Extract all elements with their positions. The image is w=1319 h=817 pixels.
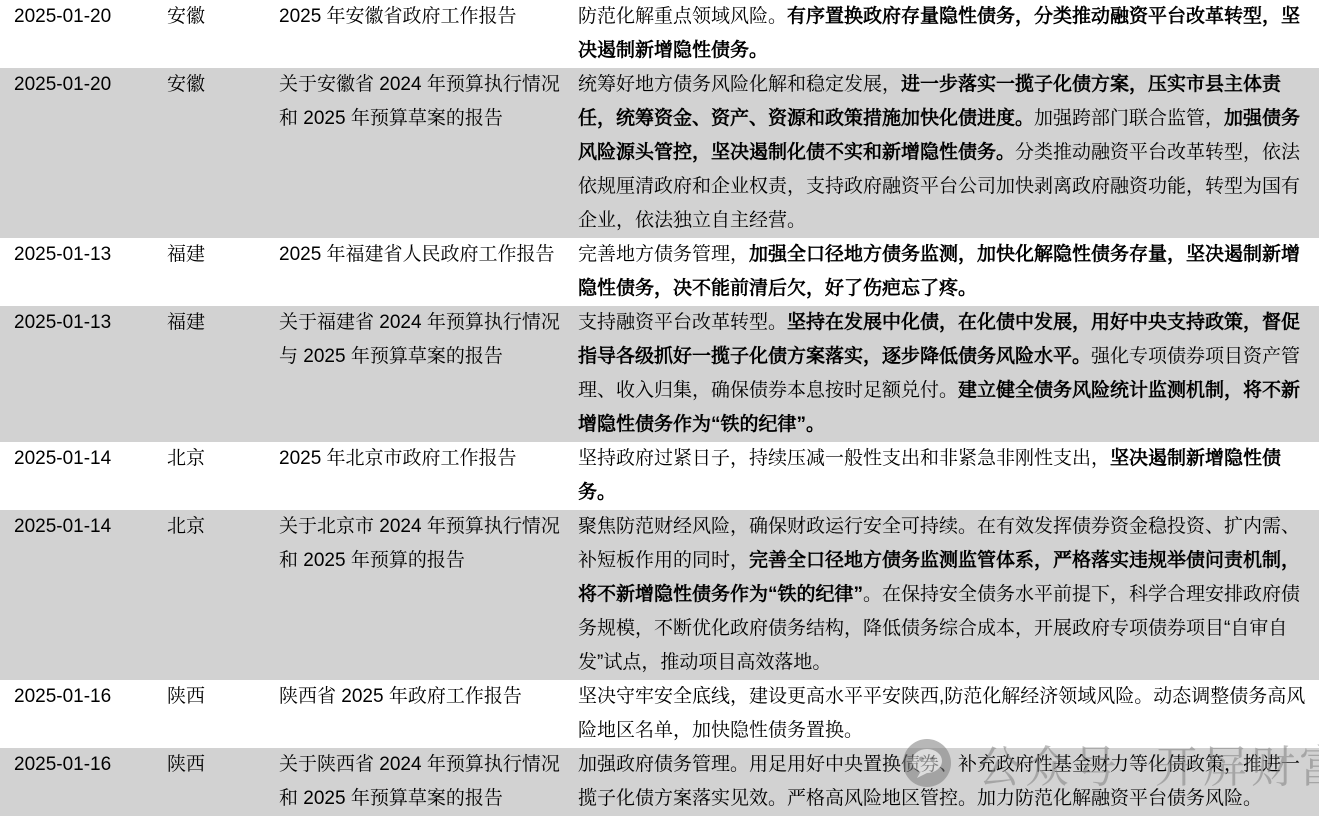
table-row: 2025-01-16陕西陕西省 2025 年政府工作报告坚决守牢安全底线，建设更… — [0, 680, 1319, 748]
content-cell: 坚决守牢安全底线，建设更高水平平安陕西,防范化解经济领域风险。动态调整债务高风险… — [578, 680, 1319, 748]
report-title-cell: 2025 年北京市政府工作报告 — [279, 442, 578, 476]
region-cell: 安徽 — [167, 68, 279, 102]
table-row: 2025-01-20安徽关于安徽省 2024 年预算执行情况和 2025 年预算… — [0, 68, 1319, 238]
content-segment: 防范化解重点领域风险。 — [578, 6, 787, 27]
region-cell: 北京 — [167, 510, 279, 544]
content-cell: 完善地方债务管理，加强全口径地方债务监测，加快化解隐性债务存量，坚决遏制新增隐性… — [578, 238, 1319, 306]
region-cell: 陕西 — [167, 680, 279, 714]
content-segment: 加强跨部门联合监管， — [1034, 108, 1224, 129]
date-cell: 2025-01-20 — [0, 68, 167, 102]
content-cell: 支持融资平台改革转型。坚持在发展中化债，在化债中发展，用好中央支持政策，督促指导… — [578, 306, 1319, 442]
content-cell: 统筹好地方债务风险化解和稳定发展，进一步落实一揽子化债方案，压实市县主体责任，统… — [578, 68, 1319, 238]
table-row: 2025-01-16陕西关于陕西省 2024 年预算执行情况和 2025 年预算… — [0, 748, 1319, 816]
content-segment: 坚决守牢安全底线，建设更高水平平安陕西,防范化解经济领域风险。动态调整债务高风险… — [578, 686, 1305, 741]
report-title-cell: 陕西省 2025 年政府工作报告 — [279, 680, 578, 714]
report-title-cell: 关于福建省 2024 年预算执行情况与 2025 年预算草案的报告 — [279, 306, 578, 374]
content-cell: 加强政府债务管理。用足用好中央置换债券、补充政府性基金财力等化债政策，推进一揽子… — [578, 748, 1319, 816]
report-title-cell: 2025 年福建省人民政府工作报告 — [279, 238, 578, 272]
region-cell: 安徽 — [167, 0, 279, 34]
region-cell: 福建 — [167, 306, 279, 340]
policy-report-table: 2025-01-20安徽2025 年安徽省政府工作报告防范化解重点领域风险。有序… — [0, 0, 1319, 816]
content-segment: 支持融资平台改革转型。 — [578, 312, 787, 333]
report-title-cell: 2025 年安徽省政府工作报告 — [279, 0, 578, 34]
region-cell: 陕西 — [167, 748, 279, 782]
report-title-cell: 关于安徽省 2024 年预算执行情况和 2025 年预算草案的报告 — [279, 68, 578, 136]
content-cell: 防范化解重点领域风险。有序置换政府存量隐性债务，分类推动融资平台改革转型，坚决遏… — [578, 0, 1319, 68]
table-row: 2025-01-14北京2025 年北京市政府工作报告坚持政府过紧日子，持续压减… — [0, 442, 1319, 510]
table-row: 2025-01-20安徽2025 年安徽省政府工作报告防范化解重点领域风险。有序… — [0, 0, 1319, 68]
date-cell: 2025-01-20 — [0, 0, 167, 34]
table-row: 2025-01-14北京关于北京市 2024 年预算执行情况和 2025 年预算… — [0, 510, 1319, 680]
date-cell: 2025-01-16 — [0, 680, 167, 714]
date-cell: 2025-01-13 — [0, 306, 167, 340]
date-cell: 2025-01-16 — [0, 748, 167, 782]
date-cell: 2025-01-14 — [0, 510, 167, 544]
report-title-cell: 关于陕西省 2024 年预算执行情况和 2025 年预算草案的报告 — [279, 748, 578, 816]
content-cell: 聚焦防范财经风险，确保财政运行安全可持续。在有效发挥债券资金稳投资、扩内需、补短… — [578, 510, 1319, 680]
region-cell: 福建 — [167, 238, 279, 272]
region-cell: 北京 — [167, 442, 279, 476]
content-segment: 坚持政府过紧日子，持续压减一般性支出和非紧急非刚性支出， — [578, 448, 1110, 469]
table-row: 2025-01-13福建关于福建省 2024 年预算执行情况与 2025 年预算… — [0, 306, 1319, 442]
content-segment: 完善地方债务管理， — [578, 244, 749, 265]
date-cell: 2025-01-13 — [0, 238, 167, 272]
table-row: 2025-01-13福建2025 年福建省人民政府工作报告完善地方债务管理，加强… — [0, 238, 1319, 306]
content-segment: 统筹好地方债务风险化解和稳定发展， — [578, 74, 901, 95]
report-title-cell: 关于北京市 2024 年预算执行情况和 2025 年预算的报告 — [279, 510, 578, 578]
content-segment: 加强政府债务管理。用足用好中央置换债券、补充政府性基金财力等化债政策，推进一揽子… — [578, 754, 1300, 809]
date-cell: 2025-01-14 — [0, 442, 167, 476]
content-cell: 坚持政府过紧日子，持续压减一般性支出和非紧急非刚性支出，坚决遏制新增隐性债务。 — [578, 442, 1319, 510]
